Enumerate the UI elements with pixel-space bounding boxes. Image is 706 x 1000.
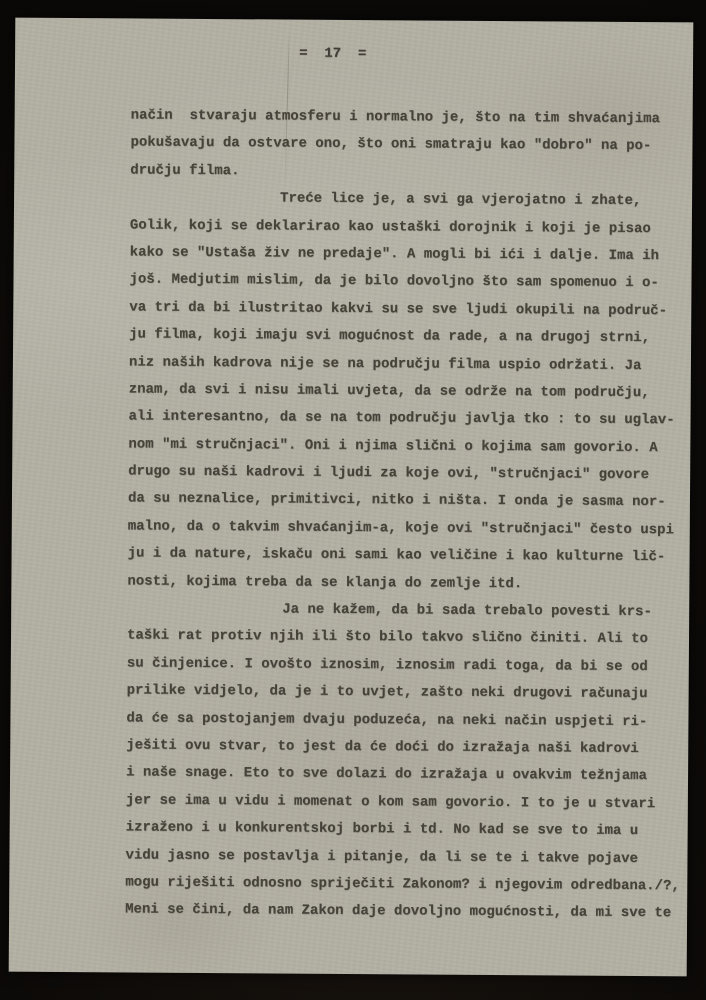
text-line: nosti, kojima treba da se klanja do zeml…: [127, 568, 687, 599]
photo-background: = 17 = način stvaraju atmosferu i normal…: [0, 0, 706, 1000]
text-line: malno, da o takvim shvaćanjim-a, koje ov…: [128, 513, 688, 544]
text-line: ju filma, koji imaju svi mogućnost da ra…: [129, 322, 689, 353]
document-page: = 17 = način stvaraju atmosferu i normal…: [9, 18, 694, 977]
typewritten-text: način stvaraju atmosferu i normalno je, …: [125, 102, 691, 928]
text-line: su činjenice. I ovošto iznosim, iznosim …: [127, 650, 687, 681]
text-line: mogu riješiti odnosno spriječiti Zakonom…: [125, 869, 685, 900]
text-line: niz naših kadrova nije se na području fi…: [129, 349, 689, 380]
text-line: Ja ne kažem, da bi sada trebalo povesti …: [127, 595, 687, 626]
text-line: izraženo i u konkurentskoj borbi i td. N…: [126, 815, 686, 846]
text-line: Golik, koji se deklarirao kao ustaški do…: [130, 212, 690, 243]
text-line: znam, da svi i nisu imali uvjeta, da se …: [129, 376, 689, 407]
text-line: va tri da bi ilustritao kakvi su se sve …: [129, 294, 689, 325]
text-line: taški rat protiv njih ili što bilo takvo…: [127, 623, 687, 654]
text-line: Treće lice je, a svi ga vjerojatno i zha…: [130, 185, 690, 216]
text-line: vidu jasno se postavlja i pitanje, da li…: [125, 842, 685, 873]
text-line: ju i da nature, iskaču oni sami kao veli…: [127, 541, 687, 572]
text-line: pokušavaju da ostvare ono, što oni smatr…: [130, 130, 690, 161]
text-line: Meni se čini, da nam Zakon daje dovoljno…: [125, 897, 685, 928]
text-line: jer se ima u vidu i momenat o kom sam go…: [126, 787, 686, 818]
text-line: da su neznalice, primitivci, nitko i niš…: [128, 486, 688, 517]
text-line: način stvaraju atmosferu i normalno je, …: [131, 102, 691, 133]
text-line: nom "mi stručnjaci". Oni i njima slični …: [128, 431, 688, 462]
text-line: ješiti ovu stvar, to jest da će doći do …: [126, 732, 686, 763]
page-number: = 17 =: [299, 44, 366, 64]
text-line: prilike vidjelo, da je i to uvjet, zašto…: [127, 678, 687, 709]
text-line: da će sa postojanjem dvaju poduzeća, na …: [126, 705, 686, 736]
text-line: dručju filma.: [130, 157, 690, 188]
text-line: kako se "Ustaša živ ne predaje". A mogli…: [130, 239, 690, 270]
text-line: i naše snage. Eto to sve dolazi do izraž…: [126, 760, 686, 791]
text-line: ali interesantno, da se na tom području …: [128, 404, 688, 435]
text-line: drugo su naši kadrovi i ljudi za koje ov…: [128, 459, 688, 490]
text-line: još. Medjutim mislim, da je bilo dovoljn…: [129, 267, 689, 298]
